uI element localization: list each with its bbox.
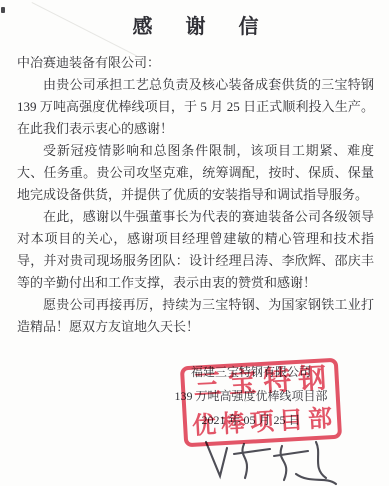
letter-page: 感 谢 信 中冶赛迪装备有限公司： 由贵公司承担工艺总负责及核心装备成套供货的三… (0, 0, 389, 486)
paragraph-1: 由贵公司承担工艺总负责及核心装备成套供货的三宝特钢 139 万吨高强度优棒线项目… (17, 74, 374, 140)
scan-artifact-speck (1, 7, 5, 13)
stamp-line-1: 三宝特钢 (186, 363, 335, 402)
salutation: 中冶赛迪装备有限公司： (17, 52, 374, 74)
letter-body: 感 谢 信 中冶赛迪装备有限公司： 由贵公司承担工艺总负责及核心装备成套供货的三… (0, 0, 389, 338)
handwritten-signature-icon (200, 434, 340, 486)
paragraph-2: 受新冠疫情影响和总图条件限制，该项目工期紧、难度大、任务重。贵公司攻坚克难，统筹… (17, 140, 374, 206)
letter-title: 感 谢 信 (17, 14, 374, 40)
paragraph-4: 愿贵公司再接再厉，持续为三宝特钢、为国家钢铁工业打造精品！愿双方友谊地久天长！ (17, 294, 374, 338)
paragraph-3: 在此，感谢以牛强董事长为代表的赛迪装备公司各级领导对本项目的关心，感谢项目经理曾… (17, 206, 374, 294)
